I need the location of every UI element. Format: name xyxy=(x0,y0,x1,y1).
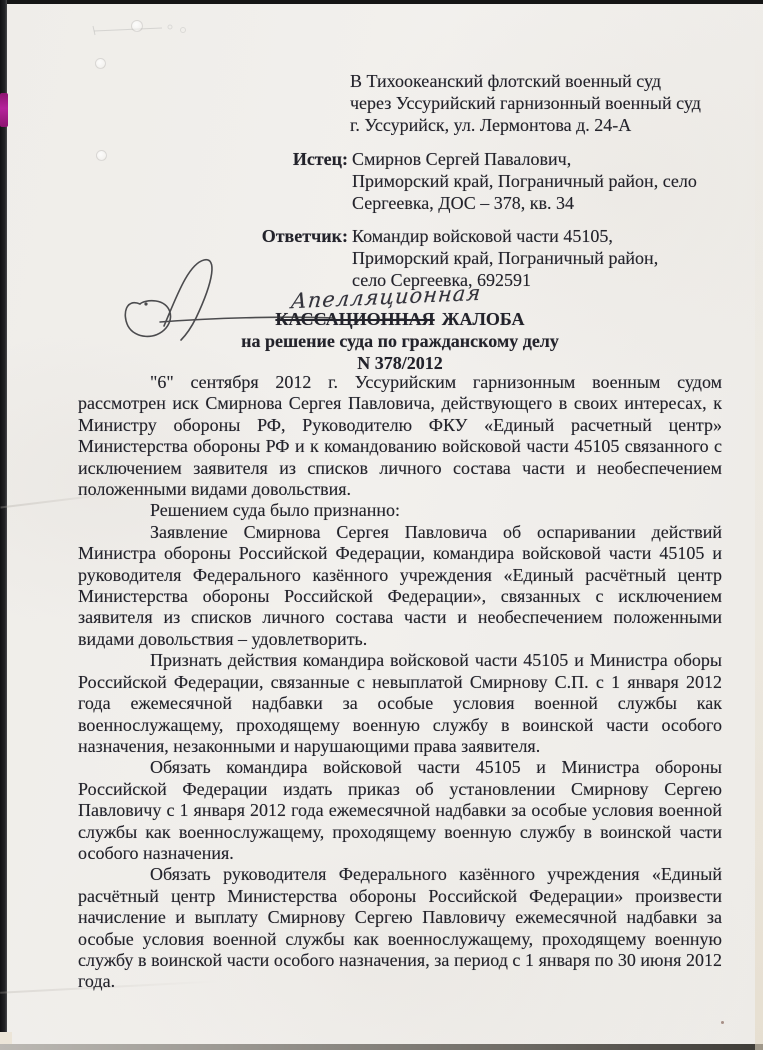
plaintiff-line: Приморский край, Пограничный район, село xyxy=(352,170,732,192)
body-paragraph: Признать действия командира войсковой ча… xyxy=(78,650,722,757)
paper-dimple xyxy=(96,150,107,161)
scan-edge-bottom xyxy=(0,1044,763,1050)
scan-edge-top xyxy=(0,0,763,4)
defendant-line: Командир войсковой части 45105, xyxy=(352,225,732,247)
court-line: г. Уссурийск, ул. Лермонтова д. 24-А xyxy=(350,114,730,136)
defendant-label: Ответчик: xyxy=(238,225,348,247)
body-paragraph: Обязать командира войсковой части 45105 … xyxy=(78,757,722,864)
court-address-block: В Тихоокеанский флотский военный суд чер… xyxy=(350,70,730,136)
case-number: N 378/2012 xyxy=(78,352,722,374)
title-word: ЖАЛОБА xyxy=(442,309,525,329)
plaintiff-label: Истец: xyxy=(238,148,348,170)
court-line: В Тихоокеанский флотский военный суд xyxy=(350,70,730,92)
plaintiff-line: Смирнов Сергей Павалович, xyxy=(352,148,732,170)
body-paragraph: Решением суда было признанно: xyxy=(78,500,722,521)
scanned-document-page: В Тихоокеанский флотский военный суд чер… xyxy=(0,0,763,1050)
body-paragraph: Обязать руководителя Федерального казённ… xyxy=(78,864,722,992)
scan-edge-left xyxy=(0,0,7,1032)
magenta-margin-mark xyxy=(0,93,8,127)
plaintiff-details: Смирнов Сергей Павалович, Приморский кра… xyxy=(352,148,732,214)
defendant-details: Командир войсковой части 45105, Приморск… xyxy=(352,225,732,291)
ink-speck xyxy=(721,1021,724,1024)
body-paragraph: Заявление Смирнова Сергея Павловича об о… xyxy=(78,522,722,650)
paper-dimple xyxy=(131,20,143,32)
paper-dimple xyxy=(95,58,106,69)
pencil-mark xyxy=(80,12,210,46)
body-paragraph: "6" сентября 2012 г. Уссурийским гарнизо… xyxy=(78,372,722,500)
scan-edge-right xyxy=(755,0,763,1050)
document-body: "6" сентября 2012 г. Уссурийским гарнизо… xyxy=(78,372,722,993)
defendant-line: Приморский край, Пограничный район, xyxy=(352,247,732,269)
plaintiff-line: Сергеевка, ДОС – 378, кв. 34 xyxy=(352,192,732,214)
court-line: через Уссурийский гарнизонный военный су… xyxy=(350,92,730,114)
